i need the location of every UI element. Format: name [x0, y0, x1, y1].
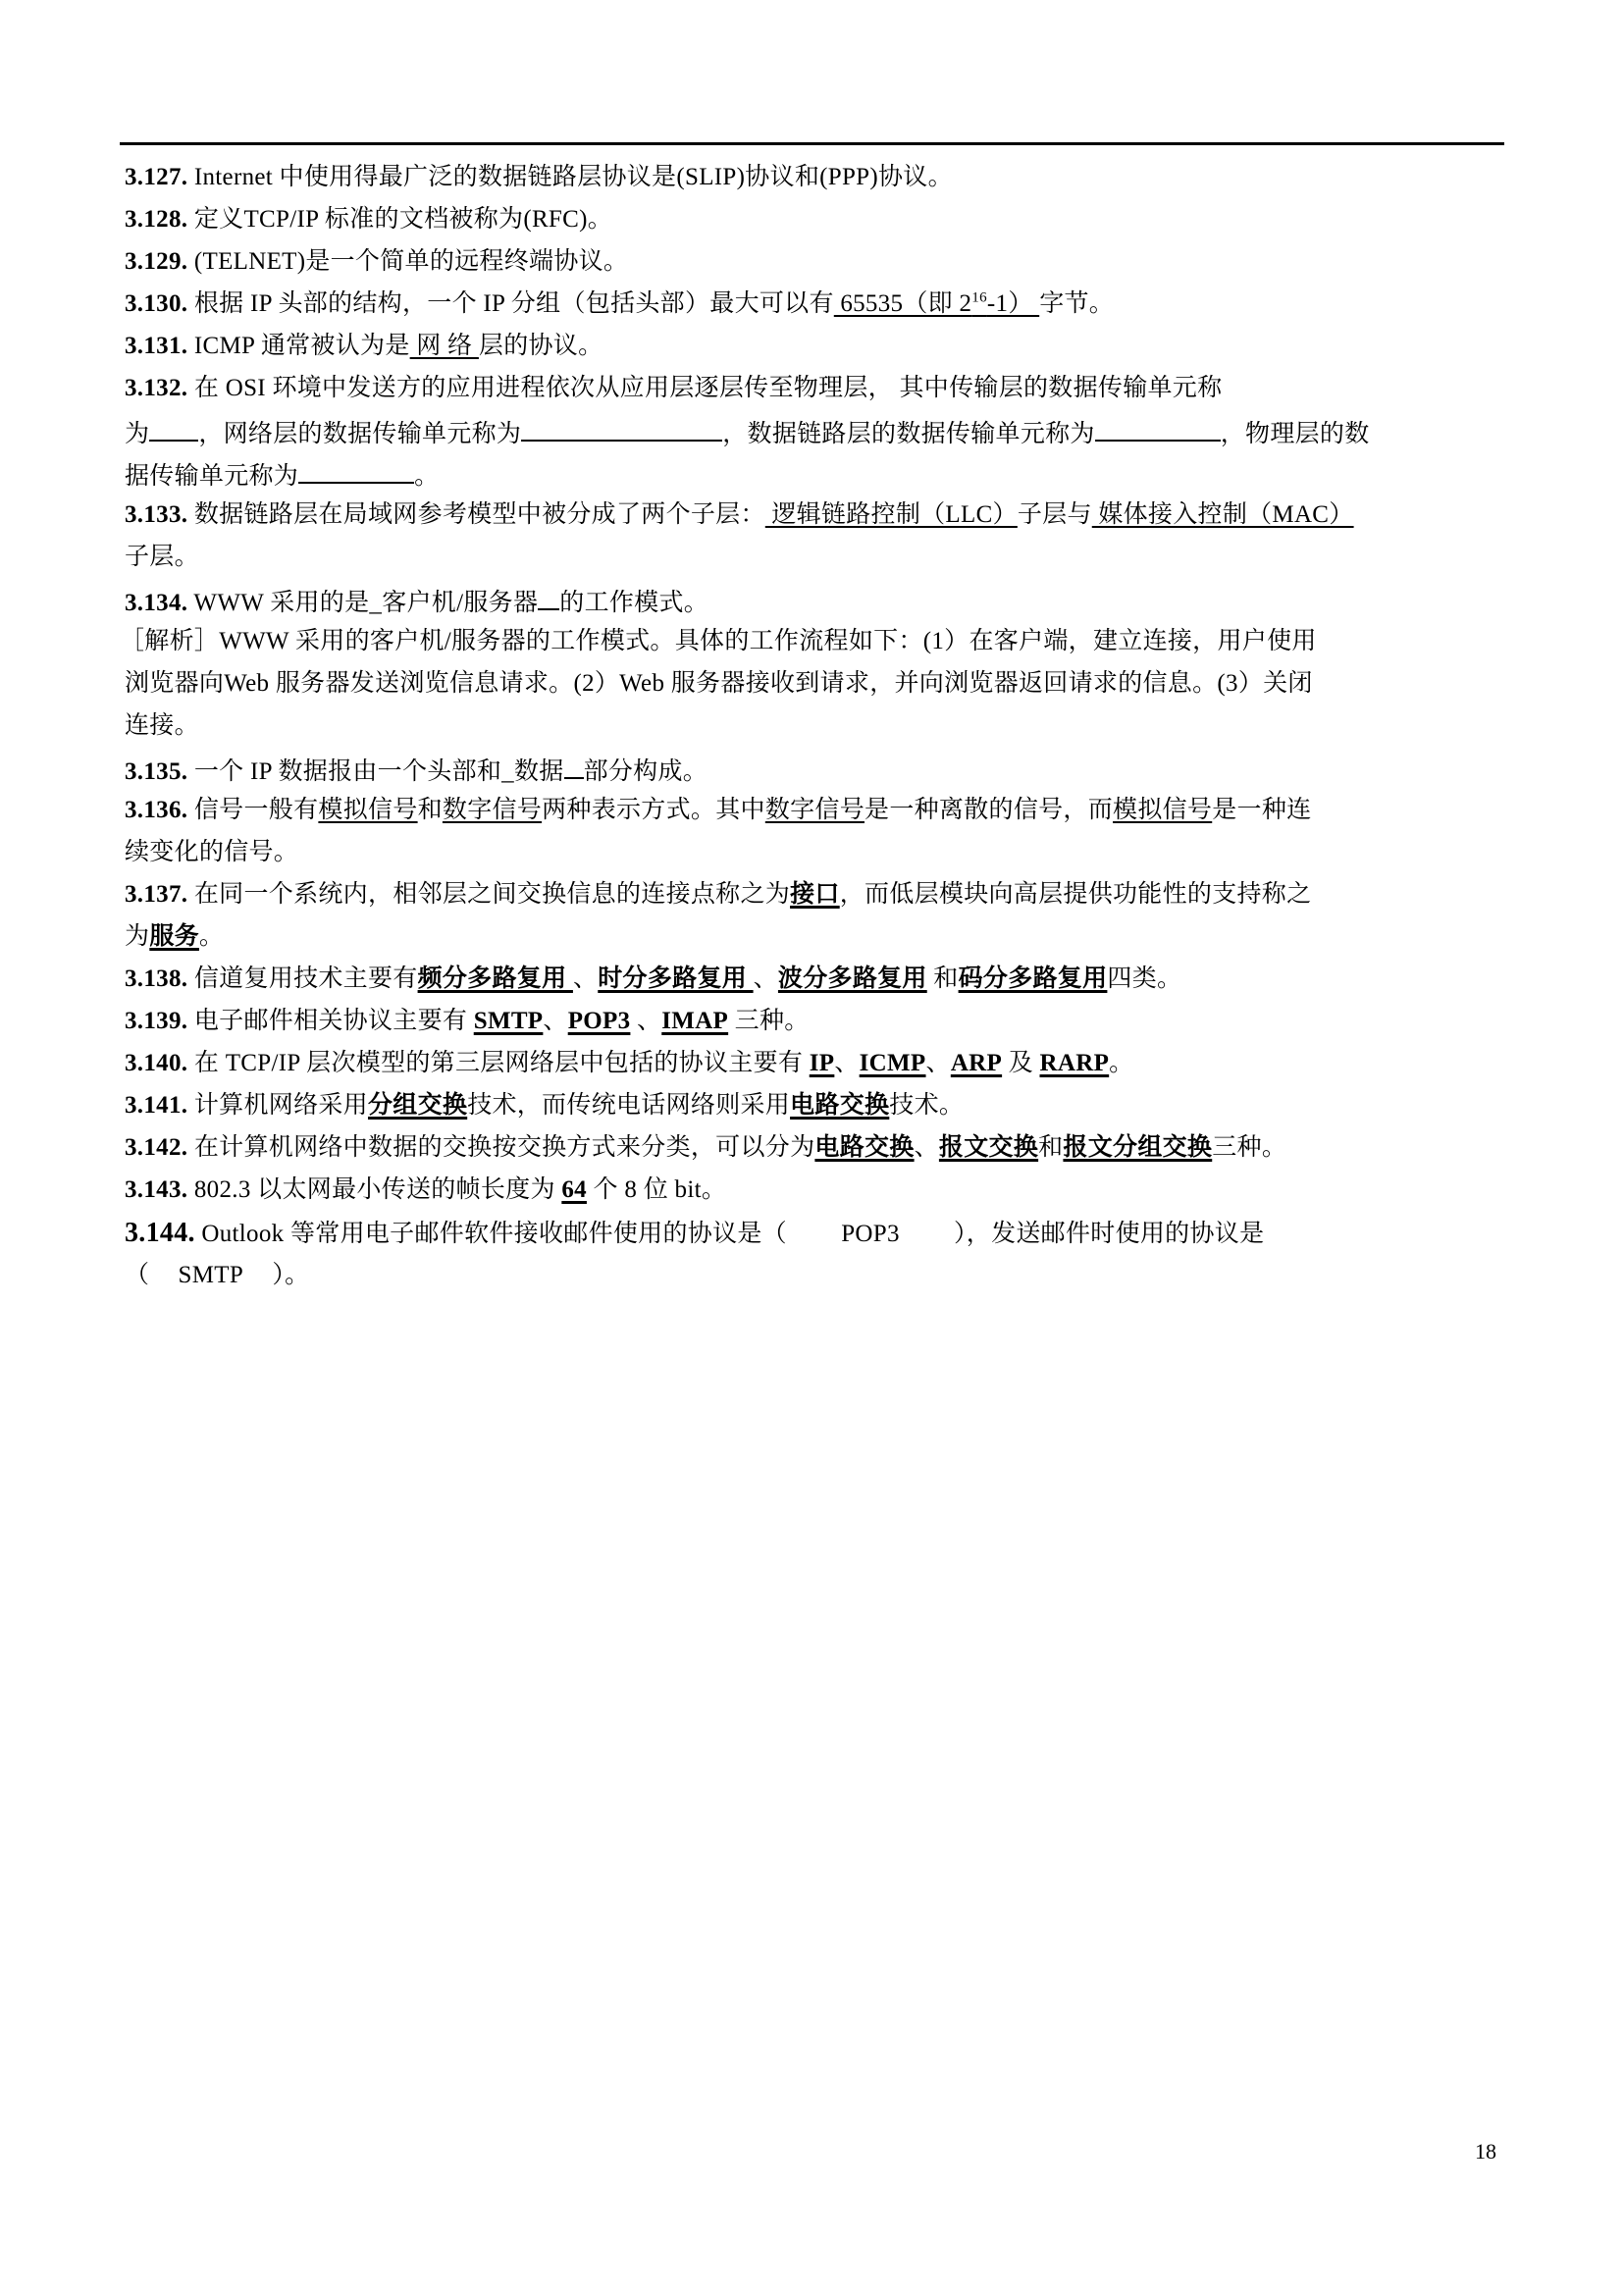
answer-bold-underlined: 电路交换: [790, 1092, 889, 1119]
item-text: 三种。: [728, 1008, 809, 1034]
item-3-144-line2: （SMTP）。: [125, 1261, 309, 1290]
item-text: (TELNET)是一个简单的远程终端协议。: [194, 248, 628, 275]
blank-datalink-unit[interactable]: [1095, 416, 1221, 442]
item-3-127: 3.127. Internet 中使用得最广泛的数据链路层协议是(SLIP)协议…: [125, 163, 953, 192]
item-number: 3.130.: [125, 290, 187, 317]
item-3-143: 3.143. 802.3 以太网最小传送的帧长度为 64 个 8 位 bit。: [125, 1175, 726, 1205]
answer-underlined: 模拟信号: [318, 797, 417, 823]
item-text: 子层。: [125, 544, 199, 570]
item-text: 是一种离散的信号，而: [864, 797, 1113, 823]
item-text: 的工作模式。: [559, 590, 708, 616]
header-rule: [120, 142, 1504, 145]
blank-transport-unit[interactable]: [149, 416, 198, 442]
item-3-138: 3.138. 信道复用技术主要有频分多路复用 、时分多路复用 、波分多路复用 和…: [125, 965, 1181, 994]
item-text: 在 TCP/IP 层次模型的第三层网络层中包括的协议主要有: [194, 1050, 810, 1076]
item-text: 。: [1109, 1050, 1133, 1076]
item-text: 和: [418, 797, 443, 823]
item-number: 3.138.: [125, 965, 187, 992]
item-text: 计算机网络采用: [194, 1092, 368, 1119]
item-text: 、: [754, 965, 778, 992]
analysis-text: 浏览器向Web 服务器发送浏览信息请求。(2）Web 服务器接收到请求，并向浏览…: [125, 670, 1313, 697]
answer-bold-underlined: SMTP: [474, 1008, 544, 1034]
item-number: 3.135.: [125, 758, 187, 785]
item-text: 续变化的信号。: [125, 839, 298, 865]
page-number: 18: [1475, 2139, 1496, 2165]
item-text: 字节。: [1039, 290, 1114, 317]
item-number: 3.139.: [125, 1008, 187, 1034]
item-3-136-line1: 3.136. 信号一般有模拟信号和数字信号两种表示方式。其中数字信号是一种离散的…: [125, 796, 1311, 825]
answer-underlined: 媒体接入控制（MAC）: [1092, 501, 1354, 528]
item-number: 3.143.: [125, 1176, 187, 1203]
item-text: 802.3 以太网最小传送的帧长度为: [194, 1176, 561, 1203]
item-text: 部分构成。: [584, 758, 708, 785]
item-3-133-line1: 3.133. 数据链路层在局域网参考模型中被分成了两个子层： 逻辑链路控制（LL…: [125, 500, 1354, 530]
item-number: 3.131.: [125, 333, 187, 359]
item-text: 技术，而传统电话网络则采用: [467, 1092, 790, 1119]
item-number: 3.128.: [125, 206, 187, 233]
item-text: 个 8 位 bit。: [587, 1176, 726, 1203]
item-text: 是一种连: [1212, 797, 1311, 823]
item-number: 3.133.: [125, 501, 187, 528]
blank: [564, 754, 584, 779]
item-text: 和: [1038, 1134, 1063, 1161]
item-text: 三种。: [1212, 1134, 1286, 1161]
item-text: 及: [1002, 1050, 1039, 1076]
item-text: 、: [915, 1134, 939, 1161]
blank-network-unit[interactable]: [521, 416, 722, 442]
item-text: 在计算机网络中数据的交换按交换方式来分类，可以分为: [194, 1134, 815, 1161]
answer-bold-underlined: 频分多路复用: [418, 965, 573, 992]
item-number: 3.142.: [125, 1134, 187, 1161]
answer-bold-underlined: 波分多路复用: [778, 965, 927, 992]
answer-receive-protocol: POP3: [787, 1220, 954, 1249]
answer-bold-underlined: IP: [810, 1050, 835, 1076]
item-number: 3.140.: [125, 1050, 187, 1076]
item-3-139: 3.139. 电子邮件相关协议主要有 SMTP、POP3 、IMAP 三种。: [125, 1007, 810, 1036]
item-text: 为: [125, 421, 149, 447]
item-text: 根据 IP 头部的结构，一个 IP 分组（包括头部）最大可以有: [194, 290, 834, 317]
item-text: ，数据链路层的数据传输单元称为: [722, 421, 1095, 447]
answer-underlined: 逻辑链路控制（LLC）: [765, 501, 1018, 528]
item-text: 数据链路层在局域网参考模型中被分成了两个子层：: [194, 501, 765, 528]
answer-bold-underlined: ICMP: [860, 1050, 926, 1076]
answer-bold-underlined: 接口: [790, 881, 840, 908]
item-3-142: 3.142. 在计算机网络中数据的交换按交换方式来分类，可以分为电路交换、报文交…: [125, 1133, 1286, 1163]
item-text: ICMP 通常被认为是: [194, 333, 410, 359]
analysis-line3: 连接。: [125, 711, 199, 741]
item-text: 、: [926, 1050, 951, 1076]
item-text: ）。: [272, 1262, 309, 1288]
item-3-140: 3.140. 在 TCP/IP 层次模型的第三层网络层中包括的协议主要有 IP、…: [125, 1049, 1133, 1078]
item-text: 、: [834, 1050, 859, 1076]
item-3-132-line3: 据传输单元称为。: [125, 458, 439, 492]
answer-bold-underlined: 64: [561, 1176, 587, 1203]
answer-bold-underlined: 码分多路复用: [959, 965, 1108, 992]
answer-underlined: 数字信号: [765, 797, 864, 823]
answer-bold-underlined: ARP: [951, 1050, 1002, 1076]
answer-bold-underlined: 报文分组交换: [1063, 1134, 1212, 1161]
item-text: 信号一般有: [194, 797, 319, 823]
answer-bold-underlined: 分组交换: [368, 1092, 467, 1119]
item-text: Internet 中使用得最广泛的数据链路层协议是(SLIP)协议和(PPP)协…: [194, 164, 953, 190]
item-text: 、: [573, 965, 598, 992]
item-3-129: 3.129. (TELNET)是一个简单的远程终端协议。: [125, 247, 628, 277]
item-text: WWW 采用的是_客户机/服务器: [193, 590, 538, 616]
blank-physical-unit[interactable]: [298, 458, 414, 484]
answer-bold-underlined: 报文交换: [939, 1134, 1038, 1161]
analysis-label: ［解析］: [120, 628, 219, 654]
answer-send-protocol: SMTP: [149, 1261, 272, 1290]
item-number: 3.144.: [125, 1218, 195, 1248]
item-text: Outlook 等常用电子邮件软件接收邮件使用的协议是（: [201, 1221, 787, 1247]
answer-bold-underlined: IMAP: [661, 1008, 728, 1034]
item-text: ，网络层的数据传输单元称为: [198, 421, 521, 447]
item-text: 据传输单元称为: [125, 463, 298, 490]
answer-bold-underlined: 电路交换: [814, 1134, 914, 1161]
item-text: 。: [414, 463, 439, 490]
item-3-136-line2: 续变化的信号。: [125, 838, 298, 867]
item-3-137-line1: 3.137. 在同一个系统内，相邻层之间交换信息的连接点称之为接口，而低层模块向…: [125, 880, 1311, 910]
item-text: 子层与: [1018, 501, 1092, 528]
item-text: （: [125, 1262, 149, 1288]
item-text: 一个 IP 数据报由一个头部和_数据: [194, 758, 564, 785]
item-text: 为: [125, 923, 149, 950]
item-text: 信道复用技术主要有: [194, 965, 418, 992]
item-number: 3.137.: [125, 881, 187, 908]
item-3-128: 3.128. 定义TCP/IP 标准的文档被称为(RFC)。: [125, 205, 612, 235]
item-text: 电子邮件相关协议主要有: [194, 1008, 474, 1034]
answer-bold-underlined: 时分多路复用: [598, 965, 753, 992]
item-text: 。: [199, 923, 224, 950]
item-3-130: 3.130. 根据 IP 头部的结构，一个 IP 分组（包括头部）最大可以有 6…: [125, 289, 1114, 319]
answer-bold-underlined: RARP: [1040, 1050, 1110, 1076]
answer-bold-underlined: POP3: [568, 1008, 631, 1034]
analysis-text: 连接。: [125, 712, 199, 739]
answer-underlined: 数字信号: [443, 797, 542, 823]
item-number: 3.141.: [125, 1092, 187, 1119]
blank: [538, 585, 559, 610]
item-3-137-line2: 为服务。: [125, 922, 224, 952]
item-3-132-line1: 3.132. 在 OSI 环境中发送方的应用进程依次从应用层逐层传至物理层， 其…: [125, 374, 1222, 403]
item-3-134: 3.134. WWW 采用的是_客户机/服务器的工作模式。: [125, 585, 708, 618]
answer-bold-underlined: 服务: [149, 923, 199, 950]
analysis-text: WWW 采用的客户机/服务器的工作模式。具体的工作流程如下：(1）在客户端，建立…: [219, 628, 1316, 654]
answer-underlined: 模拟信号: [1113, 797, 1212, 823]
item-text: 在 OSI 环境中发送方的应用进程依次从应用层逐层传至物理层， 其中传输层的数据…: [194, 375, 1223, 401]
item-number: 3.134.: [125, 590, 187, 616]
item-3-141: 3.141. 计算机网络采用分组交换技术，而传统电话网络则采用电路交换技术。: [125, 1091, 964, 1121]
analysis-line1: ［解析］WWW 采用的客户机/服务器的工作模式。具体的工作流程如下：(1）在客户…: [120, 627, 1317, 656]
item-number: 3.129.: [125, 248, 187, 275]
item-3-133-line2: 子层。: [125, 543, 199, 572]
item-text: 层的协议。: [479, 333, 603, 359]
analysis-line2: 浏览器向Web 服务器发送浏览信息请求。(2）Web 服务器接收到请求，并向浏览…: [125, 669, 1313, 699]
item-number: 3.136.: [125, 797, 187, 823]
item-text: 在同一个系统内，相邻层之间交换信息的连接点称之为: [194, 881, 790, 908]
item-3-144-line1: 3.144. Outlook 等常用电子邮件软件接收邮件使用的协议是（POP3）…: [125, 1219, 1264, 1249]
item-text: 四类。: [1107, 965, 1181, 992]
item-text: ），发送邮件时使用的协议是: [954, 1221, 1264, 1247]
item-text: 、: [543, 1008, 567, 1034]
answer-underlined: 65535（即 216-1）: [834, 290, 1039, 317]
item-text: 定义TCP/IP 标准的文档被称为(RFC)。: [194, 206, 612, 233]
item-number: 3.132.: [125, 375, 187, 401]
item-number: 3.127.: [125, 164, 187, 190]
item-text: 技术。: [889, 1092, 964, 1119]
item-3-132-line2: 为，网络层的数据传输单元称为，数据链路层的数据传输单元称为，物理层的数: [125, 416, 1370, 449]
item-text: 和: [927, 965, 959, 992]
item-text: ，而低层模块向高层提供功能性的支持称之: [840, 881, 1312, 908]
item-text: ，物理层的数: [1221, 421, 1370, 447]
answer-underlined: 网 络: [410, 333, 479, 359]
item-3-135: 3.135. 一个 IP 数据报由一个头部和_数据部分构成。: [125, 754, 707, 787]
item-3-131: 3.131. ICMP 通常被认为是 网 络 层的协议。: [125, 332, 602, 361]
item-text: 两种表示方式。其中: [542, 797, 765, 823]
item-text: 、: [630, 1008, 661, 1034]
